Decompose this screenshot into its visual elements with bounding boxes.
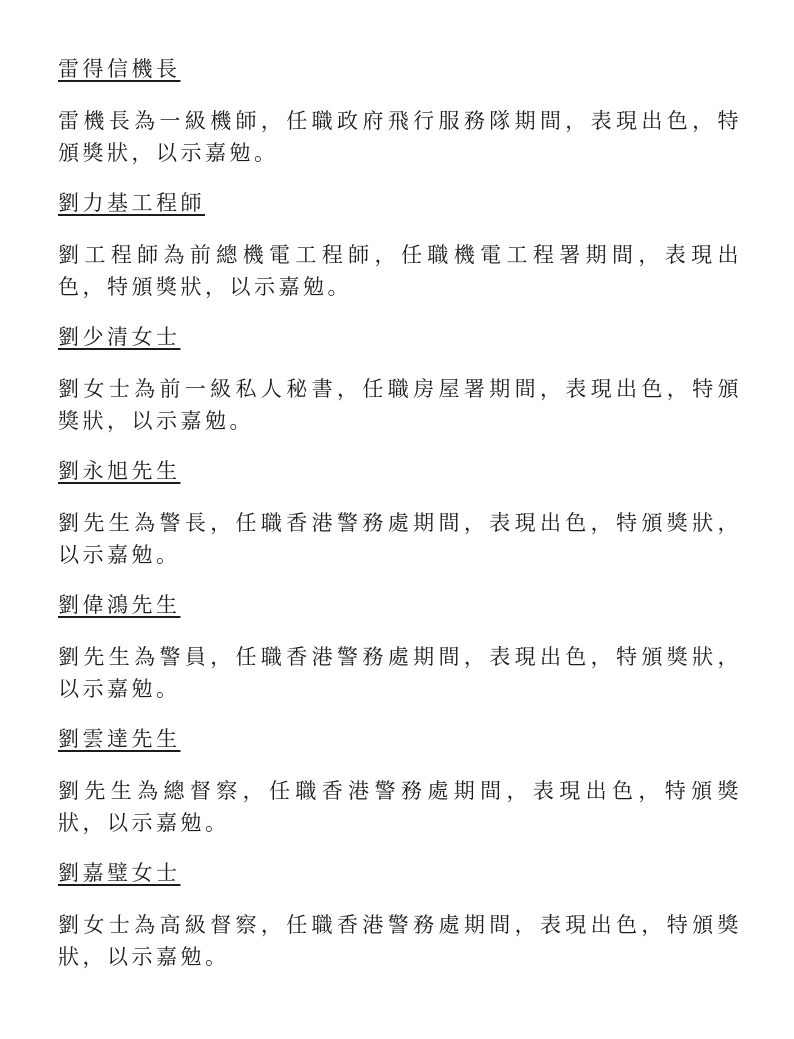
commendation-text: 劉女士為前一級私人秘書，任職房屋署期間，表現出色，特頒獎狀，以示嘉勉。 <box>58 373 742 437</box>
person-name-text: 劉偉鴻先生 <box>58 593 181 617</box>
commendation-entry: 劉偉鴻先生 劉先生為警員，任職香港警務處期間，表現出色，特頒獎狀，以示嘉勉。 <box>58 589 742 705</box>
commendation-entry: 劉永旭先生 劉先生為警長，任職香港警務處期間，表現出色，特頒獎狀，以示嘉勉。 <box>58 455 742 571</box>
commendation-entry: 雷得信機長 雷機長為一級機師，任職政府飛行服務隊期間，表現出色，特頒獎狀，以示嘉… <box>58 53 742 169</box>
person-name-heading: 劉永旭先生 <box>58 455 742 487</box>
commendation-text: 劉先生為警員，任職香港警務處期間，表現出色，特頒獎狀，以示嘉勉。 <box>58 641 742 705</box>
commendation-entry: 劉嘉璧女士 劉女士為高級督察，任職香港警務處期間，表現出色，特頒獎狀，以示嘉勉。 <box>58 857 742 973</box>
commendation-entry: 劉少清女士 劉女士為前一級私人秘書，任職房屋署期間，表現出色，特頒獎狀，以示嘉勉… <box>58 321 742 437</box>
person-name-text: 劉力基工程師 <box>58 191 205 215</box>
person-name-heading: 劉偉鴻先生 <box>58 589 742 621</box>
document-page: 雷得信機長 雷機長為一級機師，任職政府飛行服務隊期間，表現出色，特頒獎狀，以示嘉… <box>0 0 794 1039</box>
commendation-text: 劉先生為總督察，任職香港警務處期間，表現出色，特頒獎狀，以示嘉勉。 <box>58 775 742 839</box>
commendation-text: 劉工程師為前總機電工程師，任職機電工程署期間，表現出色，特頒獎狀，以示嘉勉。 <box>58 239 742 303</box>
commendation-text: 劉女士為高級督察，任職香港警務處期間，表現出色，特頒獎狀，以示嘉勉。 <box>58 909 742 973</box>
person-name-heading: 劉嘉璧女士 <box>58 857 742 889</box>
person-name-heading: 劉少清女士 <box>58 321 742 353</box>
commendation-text: 雷機長為一級機師，任職政府飛行服務隊期間，表現出色，特頒獎狀，以示嘉勉。 <box>58 105 742 169</box>
person-name-text: 劉雲達先生 <box>58 727 181 751</box>
person-name-text: 劉少清女士 <box>58 325 181 349</box>
person-name-text: 雷得信機長 <box>58 57 181 81</box>
person-name-heading: 劉力基工程師 <box>58 187 742 219</box>
person-name-heading: 劉雲達先生 <box>58 723 742 755</box>
commendation-entry: 劉力基工程師 劉工程師為前總機電工程師，任職機電工程署期間，表現出色，特頒獎狀，… <box>58 187 742 303</box>
person-name-text: 劉永旭先生 <box>58 459 181 483</box>
person-name-text: 劉嘉璧女士 <box>58 861 181 885</box>
commendation-entry: 劉雲達先生 劉先生為總督察，任職香港警務處期間，表現出色，特頒獎狀，以示嘉勉。 <box>58 723 742 839</box>
commendation-text: 劉先生為警長，任職香港警務處期間，表現出色，特頒獎狀，以示嘉勉。 <box>58 507 742 571</box>
person-name-heading: 雷得信機長 <box>58 53 742 85</box>
